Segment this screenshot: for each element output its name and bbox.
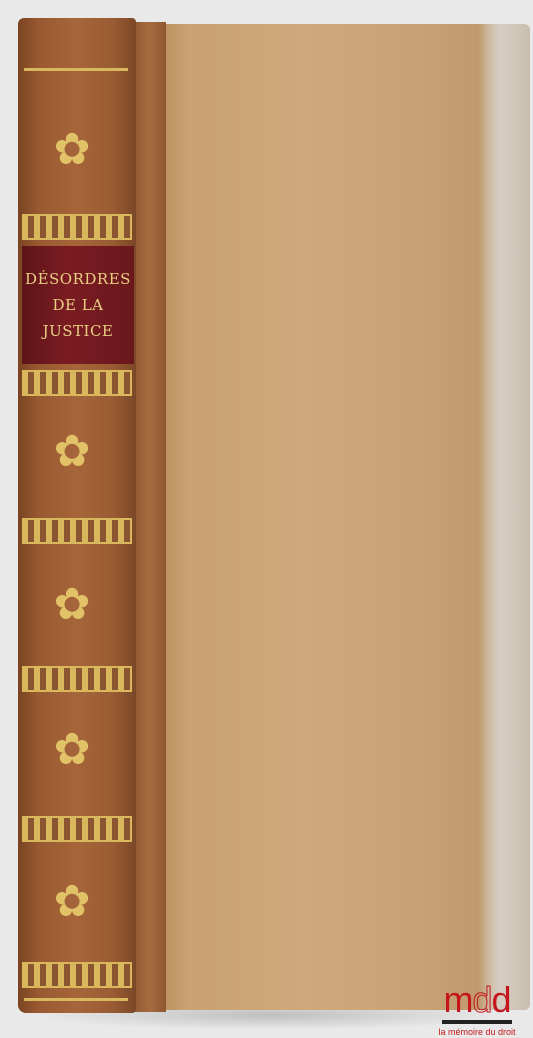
title-line-1: DÉSORDRES (25, 266, 131, 292)
flower-icon: ✿ (50, 430, 94, 474)
gilt-band (22, 518, 132, 544)
gilt-band (22, 214, 132, 240)
logo-tagline: la mémoire du droit (422, 1027, 532, 1037)
gilt-band (22, 962, 132, 988)
logo-d-outline: d (472, 979, 491, 1020)
logo-mark: mdd (422, 982, 532, 1018)
spine-title-label: DÉSORDRES DE LA JUSTICE (22, 246, 134, 364)
gilt-band (22, 370, 132, 396)
logo-d: d (492, 979, 511, 1020)
logo-m: m (443, 979, 472, 1020)
gilt-band (22, 816, 132, 842)
gilt-rule-bottom (24, 998, 128, 1001)
title-line-2: DE LA (52, 292, 103, 318)
gilt-rule-top (24, 68, 128, 71)
book: ✿ DÉSORDRES DE LA JUSTICE ✿ ✿ ✿ ✿ (18, 18, 518, 1018)
title-line-3: JUSTICE (43, 318, 114, 344)
mdd-logo: mdd la mémoire du droit (422, 982, 532, 1038)
logo-bar (442, 1020, 512, 1024)
flower-icon: ✿ (50, 880, 94, 924)
flower-icon: ✿ (50, 728, 94, 772)
worn-board-edge (482, 24, 530, 1010)
spine: ✿ DÉSORDRES DE LA JUSTICE ✿ ✿ ✿ ✿ (18, 18, 136, 1013)
flower-icon: ✿ (50, 128, 94, 172)
flower-icon: ✿ (50, 583, 94, 627)
gilt-band (22, 666, 132, 692)
front-board (158, 24, 530, 1010)
